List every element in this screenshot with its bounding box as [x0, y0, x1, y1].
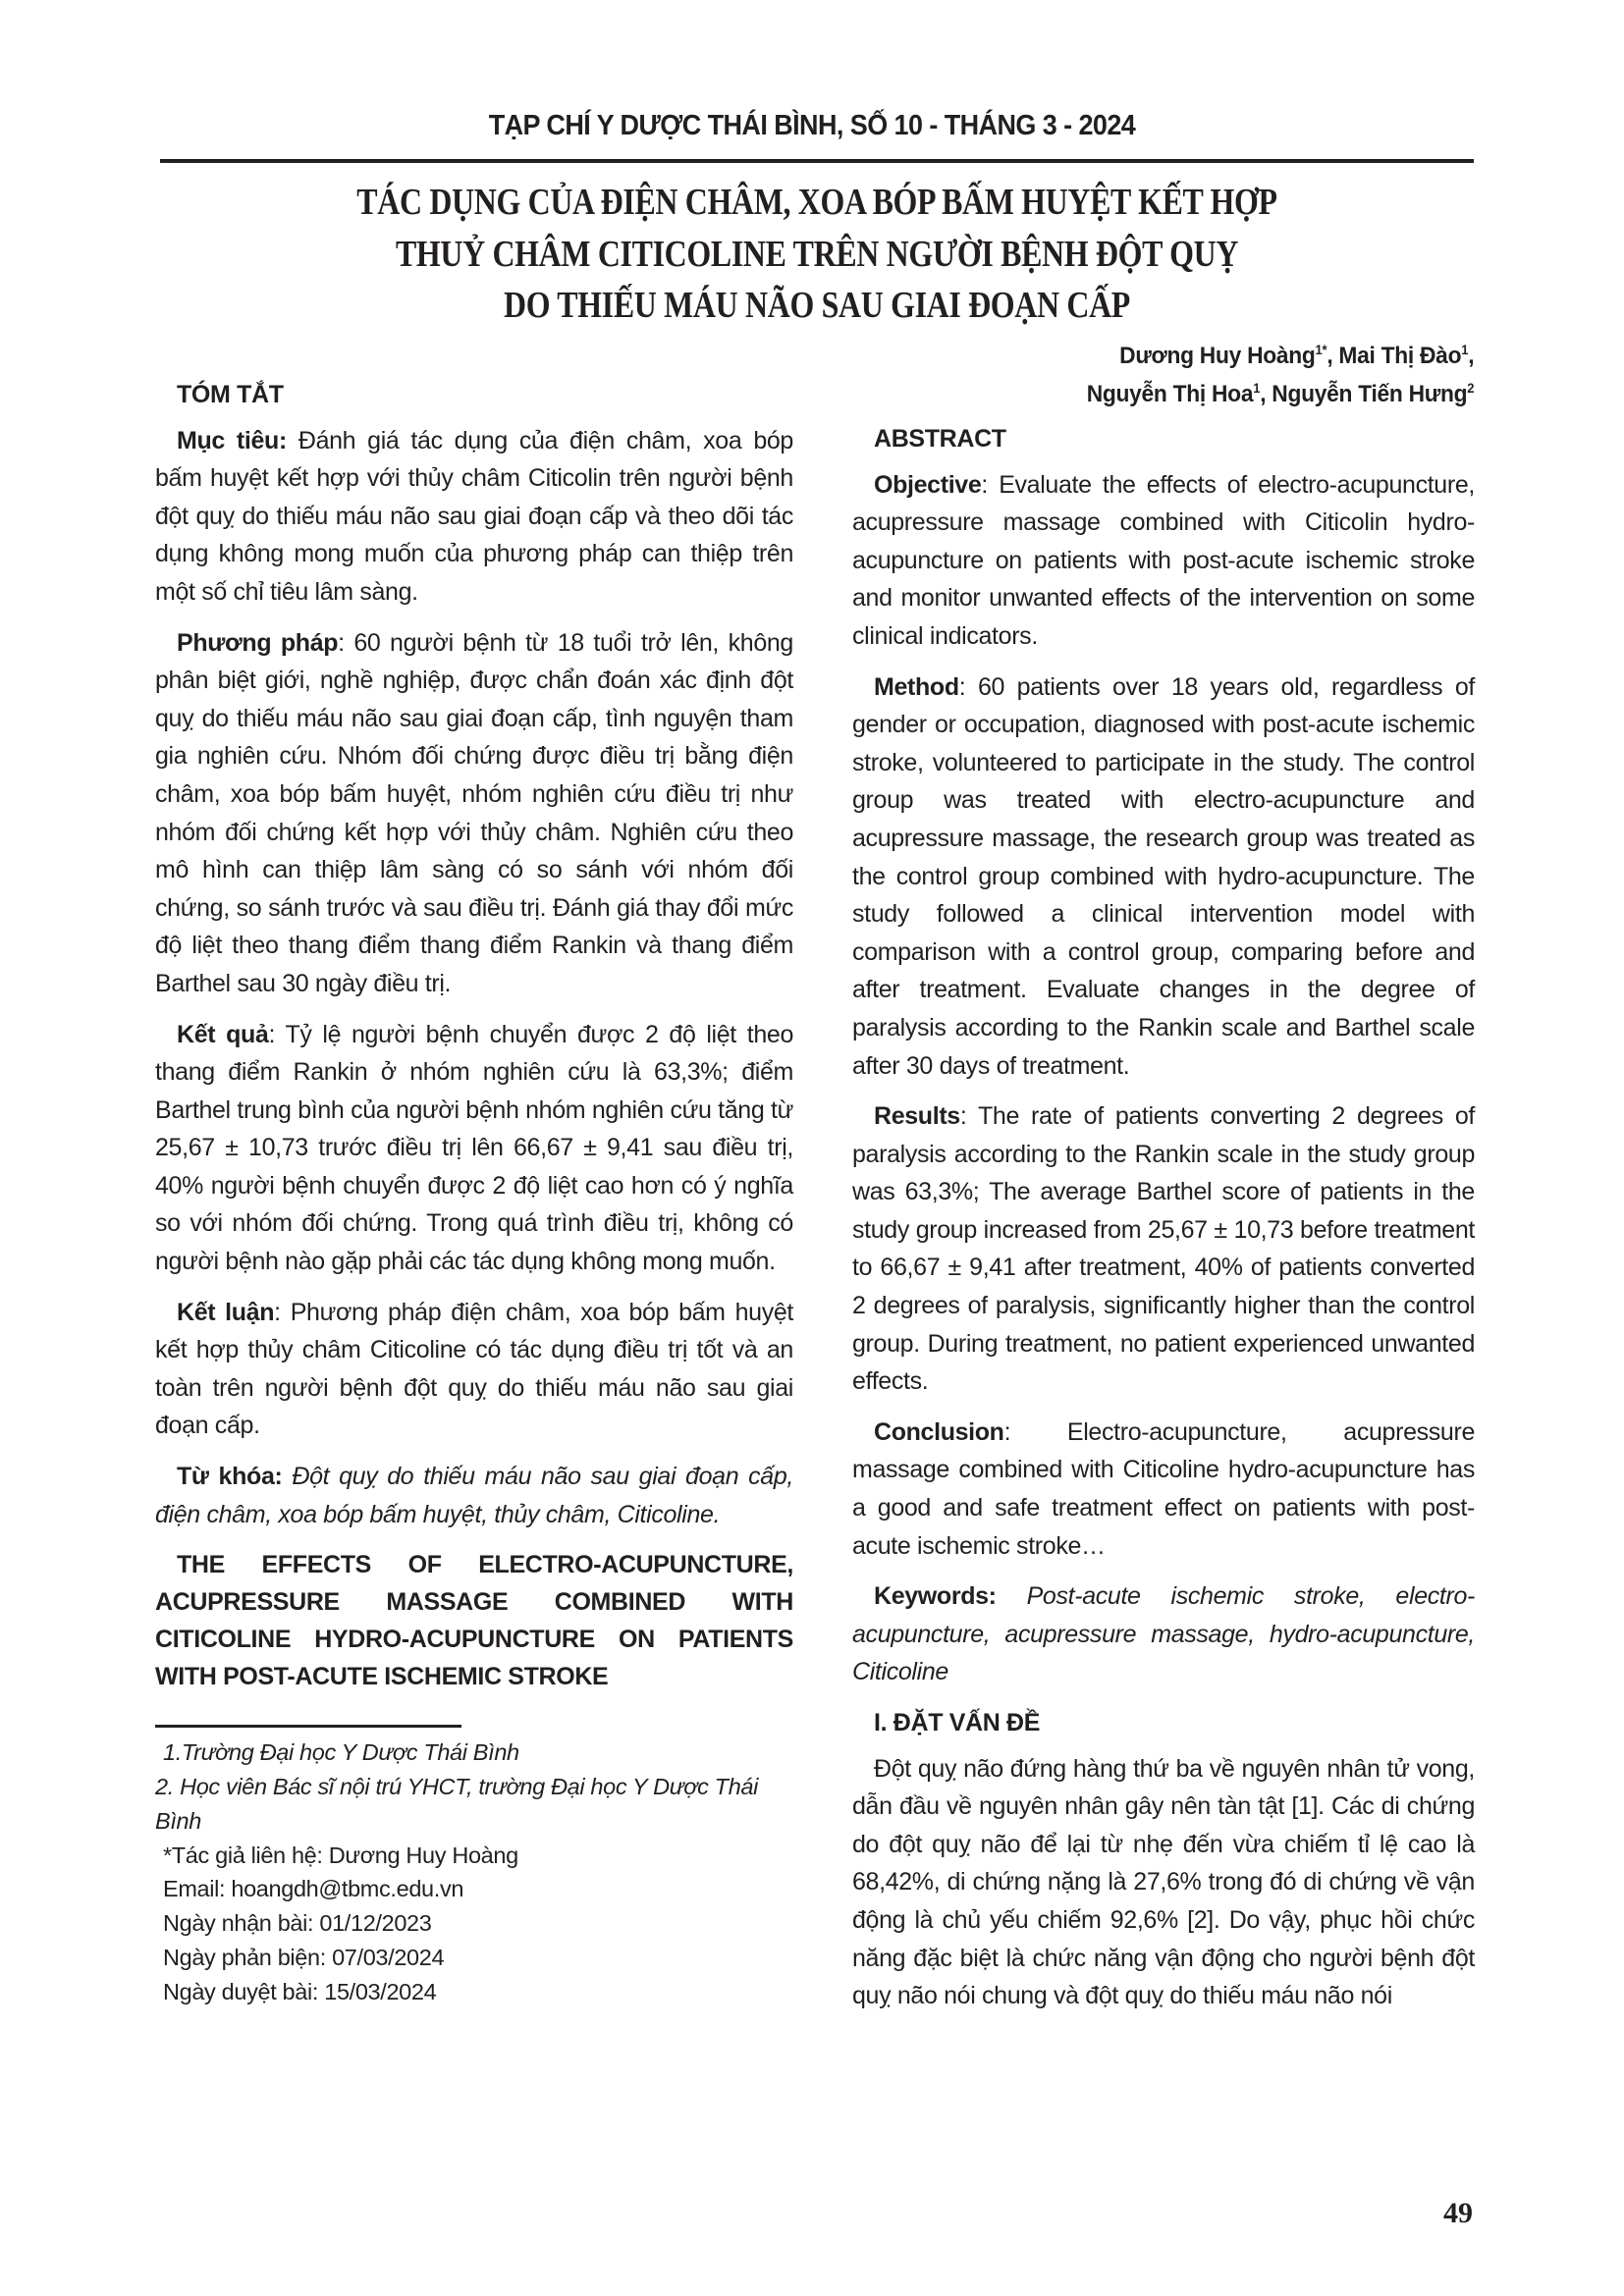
- conclusion-label: Conclusion: [874, 1418, 1004, 1446]
- author-separator: ,: [1260, 381, 1272, 407]
- footnote-affiliation-2: 2. Học viên Bác sĩ nội trú YHCT, trường …: [155, 1770, 793, 1839]
- english-title: THE EFFECTS OF ELECTRO-ACUPUNC­TURE, ACU…: [155, 1546, 793, 1695]
- page-number: 49: [1404, 2197, 1473, 2230]
- results-label: Kết quả: [177, 1021, 268, 1048]
- method-text: : 60 patients over 18 years old, regardl…: [852, 673, 1475, 1080]
- abstract-results: Results: The rate of patients converting…: [852, 1097, 1475, 1401]
- method-label: Phương pháp: [177, 629, 338, 657]
- author-separator: ,: [1468, 343, 1474, 369]
- author-name: Nguyễn Tiến Hưng: [1272, 381, 1467, 407]
- abstract-keywords: Keywords: Post-acute ischemic stroke, el…: [852, 1577, 1475, 1691]
- left-column: TÓM TẮT Mục tiêu: Đánh giá tác dụng của …: [155, 376, 793, 2009]
- title-line-3: DO THIẾU MÁU NÃO SAU GIAI ĐOẠN CẤP: [265, 280, 1369, 332]
- title-line-1: TÁC DỤNG CỦA ĐIỆN CHÂM, XOA BÓP BẤM HUYỆ…: [265, 177, 1369, 229]
- keywords-label: Từ khóa:: [177, 1463, 282, 1490]
- journal-running-header: TẠP CHÍ Y DƯỢC THÁI BÌNH, SỐ 10 - THÁNG …: [57, 110, 1567, 142]
- summary-heading: TÓM TẮT: [155, 376, 793, 414]
- results-text: : The rate of patients converting 2 degr…: [852, 1102, 1475, 1395]
- footnote-corresponding-author: *Tác giả liên hệ: Dương Huy Hoàng: [155, 1839, 793, 1873]
- footnote-received-date: Ngày nhận bài: 01/12/2023: [155, 1906, 793, 1941]
- right-column: ABSTRACT Objective: Evaluate the effects…: [852, 420, 1475, 2028]
- author-affiliation-mark: 2: [1467, 380, 1474, 396]
- summary-objective: Mục tiêu: Đánh giá tác dụng của điện châ…: [155, 422, 793, 612]
- results-text: : Tỷ lệ người bệnh chuyển được 2 độ liệt…: [155, 1021, 793, 1276]
- abstract-conclusion: Conclusion: Electro-acupuncture, acupres…: [852, 1414, 1475, 1565]
- author-name: Mai Thị Đào: [1338, 343, 1461, 369]
- author-affiliation-mark: 1*: [1315, 342, 1326, 357]
- author-list: Dương Huy Hoàng1*, Mai Thị Đào1, Nguyễn …: [1086, 337, 1474, 413]
- footnote-rule: [155, 1725, 461, 1728]
- introduction-heading: I. ĐẶT VẤN ĐỀ: [852, 1704, 1475, 1742]
- objective-label: Mục tiêu:: [177, 427, 287, 454]
- author-line-1: Dương Huy Hoàng1*, Mai Thị Đào1,: [1086, 337, 1474, 375]
- objective-label: Objective: [874, 471, 981, 499]
- method-label: Method: [874, 673, 959, 701]
- author-affiliation-mark: 1: [1461, 342, 1468, 357]
- method-text: : 60 người bệnh từ 18 tuổi trở lên, khôn…: [155, 629, 793, 997]
- author-name: Nguyễn Thị Hoa: [1086, 381, 1253, 407]
- results-label: Results: [874, 1102, 960, 1130]
- abstract-objective: Objective: Evaluate the effects of elect…: [852, 466, 1475, 656]
- header-rule: [160, 159, 1474, 163]
- title-line-2: THUỶ CHÂM CITICOLINE TRÊN NGƯỜI BỆNH ĐỘT…: [265, 229, 1369, 281]
- footnotes: 1.Trường Đại học Y Dược Thái Bình 2. Học…: [155, 1735, 793, 2008]
- footnote-review-date: Ngày phản biện: 07/03/2024: [155, 1941, 793, 1975]
- footnote-email: Email: hoangdh@tbmc.edu.vn: [155, 1872, 793, 1906]
- abstract-method: Method: 60 patients over 18 years old, r…: [852, 668, 1475, 1086]
- introduction-paragraph: Đột quỵ não đứng hàng thứ ba về nguyên n…: [852, 1750, 1475, 2015]
- conclusion-label: Kết luận: [177, 1299, 274, 1326]
- footnote-affiliation-1: 1.Trường Đại học Y Dược Thái Bình: [155, 1735, 793, 1770]
- summary-results: Kết quả: Tỷ lệ người bệnh chuyển được 2 …: [155, 1016, 793, 1281]
- summary-method: Phương pháp: 60 người bệnh từ 18 tuổi tr…: [155, 624, 793, 1003]
- summary-conclusion: Kết luận: Phương pháp điện châm, xoa bóp…: [155, 1294, 793, 1445]
- abstract-heading: ABSTRACT: [852, 420, 1475, 458]
- author-name: Dương Huy Hoàng: [1119, 343, 1315, 369]
- author-separator: ,: [1326, 343, 1338, 369]
- author-line-2: Nguyễn Thị Hoa1, Nguyễn Tiến Hưng2: [1086, 375, 1474, 413]
- footnote-accepted-date: Ngày duyệt bài: 15/03/2024: [155, 1975, 793, 2009]
- author-affiliation-mark: 1: [1253, 380, 1260, 396]
- keywords-label: Keywords:: [874, 1582, 997, 1610]
- summary-keywords: Từ khóa: Đột quỵ do thiếu máu não sau gi…: [155, 1458, 793, 1533]
- article-title: TÁC DỤNG CỦA ĐIỆN CHÂM, XOA BÓP BẤM HUYỆ…: [160, 177, 1474, 332]
